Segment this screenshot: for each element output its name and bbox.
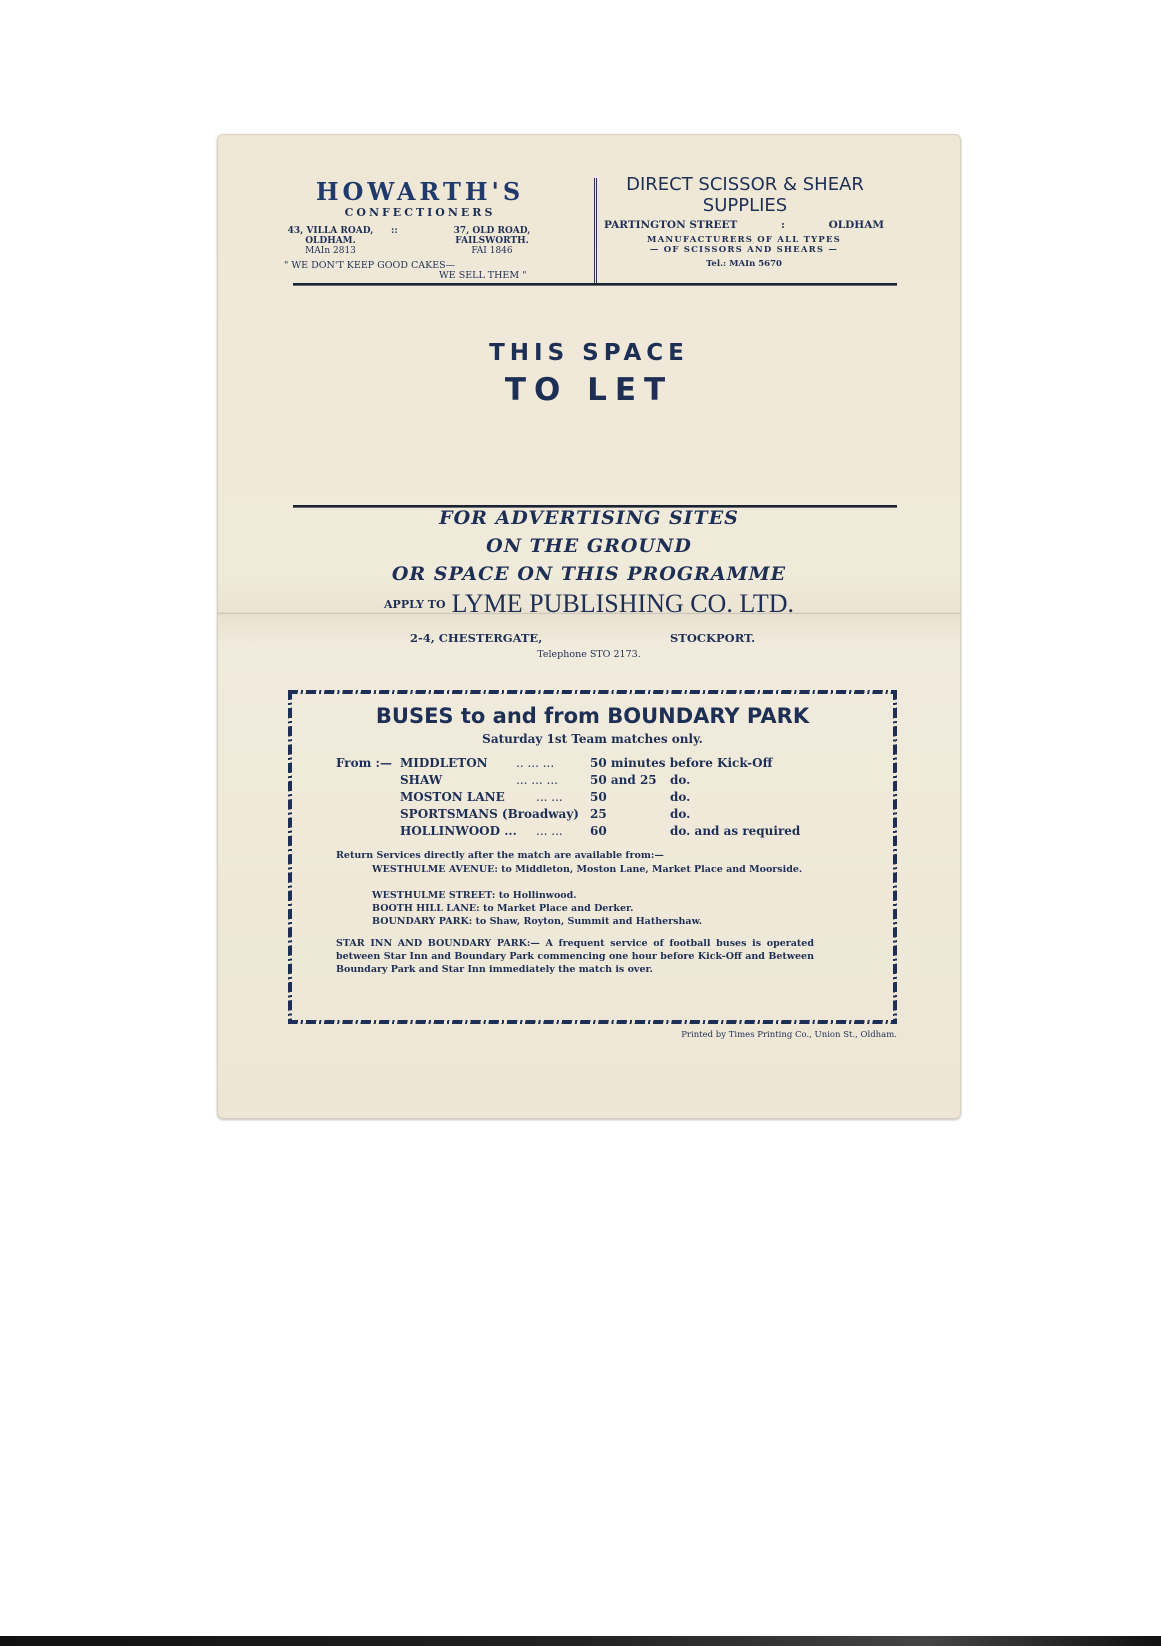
return-services-heading: Return Services directly after the match… [336, 850, 664, 861]
howarths-title: HOWARTH'S [290, 177, 550, 206]
howarths-subtitle: CONFECTIONERS [290, 206, 550, 219]
howarths-slogan-line2: WE SELL THEM " [439, 270, 526, 281]
route-time: 60 [590, 824, 607, 838]
route-dots: ... ... [536, 824, 563, 838]
printer-credit: Printed by Times Printing Co., Union St.… [607, 1030, 897, 1040]
to-let-line2: TO LET [317, 372, 861, 408]
town: OLDHAM [829, 219, 884, 231]
scan-edge [0, 1636, 1161, 1646]
horizontal-rule [293, 283, 897, 286]
dashed-border [288, 690, 897, 694]
apply-to-line: APPLY TOLYME PUBLISHING CO. LTD. [277, 589, 901, 619]
address-separator: :: [391, 226, 411, 236]
address-line: FAILSWORTH. [437, 236, 547, 246]
howarths-address-failsworth: 37, OLD ROAD, FAILSWORTH. FAI 1846 [437, 226, 547, 256]
bus-schedule-title: BUSES to and from BOUNDARY PARK [288, 704, 897, 728]
from-label: From :— [336, 756, 392, 770]
advertising-line: OR SPACE ON THIS PROGRAMME [277, 563, 901, 585]
howarths-address-oldham: 43, VILLA ROAD, OLDHAM. MAIn 2813 [283, 226, 378, 256]
address-line: 43, VILLA ROAD, [283, 226, 378, 236]
route-dots: ... ... [536, 790, 563, 804]
address-line: 37, OLD ROAD, [437, 226, 547, 236]
return-service: BOUNDARY PARK: to Shaw, Royton, Summit a… [372, 915, 807, 928]
description-line: — OF SCISSORS AND SHEARS — [609, 245, 879, 255]
route-place: MIDDLETON [400, 756, 488, 770]
apply-to-label: APPLY TO [384, 598, 446, 611]
advertising-line: ON THE GROUND [277, 535, 901, 557]
route-note: do. and as required [670, 824, 800, 838]
dashed-border [288, 1020, 897, 1024]
to-let-line1: THIS SPACE [317, 340, 861, 366]
return-service: WESTHULME STREET: to Hollinwood. [372, 889, 807, 902]
address-phone: FAI 1846 [437, 246, 547, 256]
star-inn-service: STAR INN AND BOUNDARY PARK:— A frequent … [336, 937, 814, 976]
route-note: do. [670, 773, 690, 787]
return-service: WESTHULME AVENUE: to Middleton, Moston L… [372, 863, 807, 876]
route-place: SPORTSMANS (Broadway) [400, 807, 579, 821]
route-note: do. [670, 807, 690, 821]
address-phone: MAIn 2813 [283, 246, 378, 256]
bus-schedule-box: BUSES to and from BOUNDARY PARK Saturday… [288, 690, 897, 1024]
route-dots: ... ... ... [516, 773, 558, 787]
route-time: 25 [590, 807, 607, 821]
street: PARTINGTON STREET [604, 219, 737, 231]
route-place: HOLLINWOOD ... [400, 824, 517, 838]
advertising-line: FOR ADVERTISING SITES [277, 507, 901, 529]
howarths-slogan-line1: " WE DON'T KEEP GOOD CAKES— [284, 260, 455, 271]
scissor-ad-phone: Tel.: MAIn 5670 [609, 259, 879, 269]
separator: : [781, 219, 785, 231]
bus-schedule-subtitle: Saturday 1st Team matches only. [288, 732, 897, 746]
scissor-ad-title: DIRECT SCISSOR & SHEAR SUPPLIES [605, 174, 885, 216]
route-note: do. [670, 790, 690, 804]
route-place: MOSTON LANE [400, 790, 505, 804]
scissor-ad-address: PARTINGTON STREET : OLDHAM [604, 219, 884, 231]
publisher-town: STOCKPORT. [670, 631, 755, 645]
route-time: 50 [590, 790, 607, 804]
title-line: DIRECT SCISSOR & SHEAR [605, 174, 885, 195]
publisher-telephone: Telephone STO 2173. [277, 649, 901, 660]
publisher-street: 2-4, CHESTERGATE, [410, 631, 542, 645]
address-line: OLDHAM. [283, 236, 378, 246]
route-time: 50 and 25 [590, 773, 657, 787]
route-dots: .. ... ... [516, 756, 554, 770]
title-line: SUPPLIES [605, 195, 885, 216]
return-service: BOOTH HILL LANE: to Market Place and Der… [372, 902, 807, 915]
route-place: SHAW [400, 773, 442, 787]
vertical-divider [594, 178, 597, 286]
scissor-ad-description: MANUFACTURERS OF ALL TYPES — OF SCISSORS… [609, 235, 879, 255]
publisher-name: LYME PUBLISHING CO. LTD. [452, 589, 794, 618]
programme-page: HOWARTH'S CONFECTIONERS 43, VILLA ROAD, … [217, 134, 961, 1119]
route-time: 50 minutes before Kick-Off [590, 756, 772, 770]
description-line: MANUFACTURERS OF ALL TYPES [609, 235, 879, 245]
